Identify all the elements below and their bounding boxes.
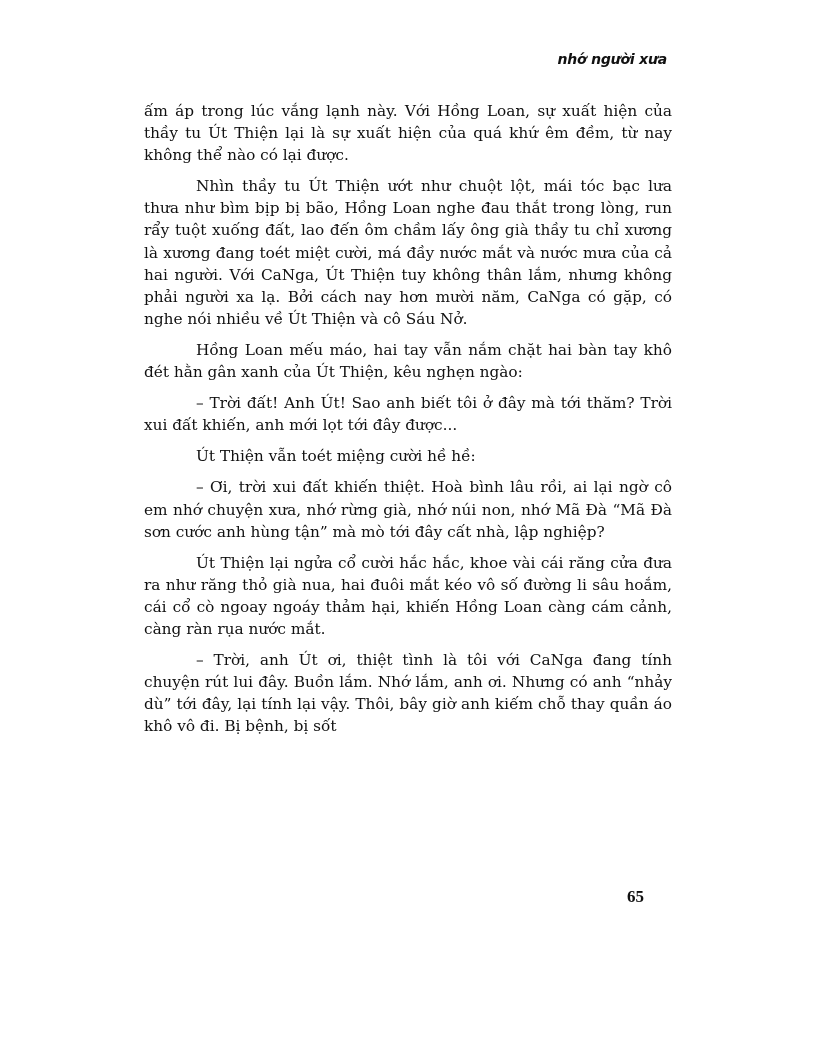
book-page: nhớ người xưa ấm áp trong lúc vắng lạnh … <box>0 0 816 1056</box>
body-text: ấm áp trong lúc vắng lạnh này. Với Hồng … <box>144 100 672 746</box>
paragraph: Nhìn thầy tu Út Thiện ướt như chuột lột,… <box>144 175 672 330</box>
dialogue-paragraph: – Trời, anh Út ơi, thiệt tình là tôi với… <box>144 649 672 737</box>
paragraph: Út Thiện vẫn toét miệng cười hề hề: <box>144 445 672 467</box>
dialogue-paragraph: – Ơi, trời xui đất khiến thiệt. Hoà bình… <box>144 476 672 542</box>
running-header: nhớ người xưa <box>557 52 667 68</box>
page-number: 65 <box>627 887 644 907</box>
paragraph: Út Thiện lại ngửa cổ cười hắc hắc, khoe … <box>144 552 672 640</box>
paragraph: ấm áp trong lúc vắng lạnh này. Với Hồng … <box>144 100 672 166</box>
paragraph: Hồng Loan mếu máo, hai tay vẫn nắm chặt … <box>144 339 672 383</box>
dialogue-paragraph: – Trời đất! Anh Út! Sao anh biết tôi ở đ… <box>144 392 672 436</box>
